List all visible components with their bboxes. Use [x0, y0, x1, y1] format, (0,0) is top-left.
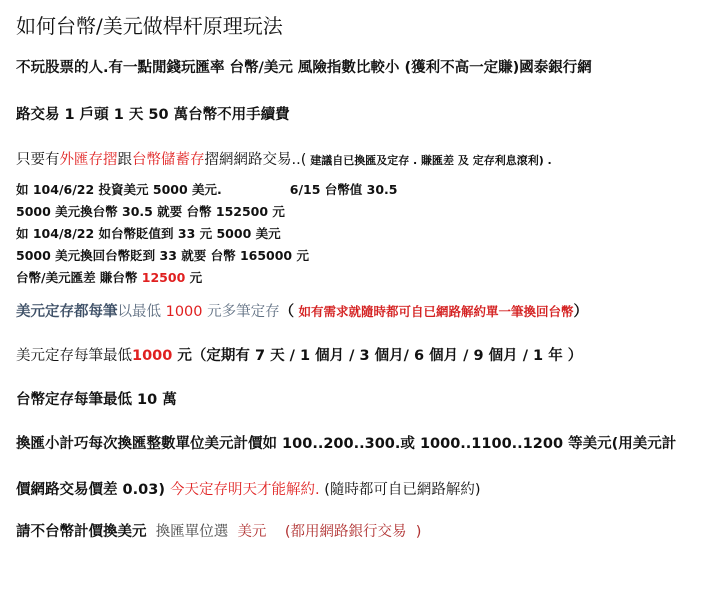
example-row-3: 如 104/8/22 如台幣貶值到 33 元 5000 美元	[16, 224, 281, 242]
usd-min-suffix: 元（定期有 7 天 / 1 個月 / 3 個月/ 6 個月 / 9 個月 / 1…	[172, 348, 582, 364]
twd-savings: 台幣儲蓄存	[132, 152, 205, 168]
twd-min-line: 台幣定存每筆最低 10 萬	[16, 388, 177, 409]
tip-prefix: 價網路交易價差 0.03)	[16, 482, 170, 498]
example-row-1-right: 6/15 台幣值 30.5	[290, 182, 398, 197]
usd-min-prefix: 美元定存每筆最低	[16, 348, 132, 364]
page-title: 如何台幣/美元做桿杆原理玩法	[16, 10, 283, 39]
profit-suffix: 元	[185, 270, 202, 285]
profit-amount: 12500	[142, 270, 186, 285]
usd-min-line: 美元定存每筆最低1000 元（定期有 7 天 / 1 個月 / 3 個月/ 6 …	[16, 344, 582, 365]
tip-suffix: (隨時都可自已網路解約)	[320, 482, 481, 498]
exchange-tip-line-1: 換匯小計巧每次換匯整數單位美元計價如 100..200..300.或 1000.…	[16, 432, 676, 453]
example-row-1-left: 如 104/6/22 投資美元 5000 美元.	[16, 182, 222, 197]
last-line: 請不台幣計價換美元 換匯單位選 美元 (都用網路銀行交易 )	[16, 520, 421, 541]
example-row-1: 如 104/6/22 投資美元 5000 美元.6/15 台幣值 30.5	[16, 180, 397, 198]
req-prefix: 只要有	[16, 152, 60, 168]
example-row-5: 台幣/美元匯差 賺台幣 12500 元	[16, 268, 202, 286]
usd-note-part3: 元多筆定存	[203, 304, 280, 320]
example-row-2: 5000 美元換台幣 30.5 就要 台幣 152500 元	[16, 202, 285, 220]
fx-passbook: 外匯存摺	[60, 152, 118, 168]
exchange-tip-line-2: 價網路交易價差 0.03) 今天定存明天才能解約. (隨時都可自已網路解約)	[16, 478, 481, 499]
account-requirement: 只要有外匯存摺跟台幣儲蓄存摺網網路交易..( 建議自已換匯及定存 . 賺匯差 及…	[16, 148, 552, 169]
req-note: 建議自已換匯及定存 . 賺匯差 及 定存利息滾利) .	[306, 154, 551, 167]
paren-close: ）	[573, 304, 588, 320]
usd-note-part2: 以最低	[118, 304, 166, 320]
last-red: 美元 (都用網路銀行交易 )	[237, 524, 421, 540]
tip-red: 今天定存明天才能解約.	[170, 482, 320, 498]
usd-note-part1: 美元定存都每筆	[16, 304, 118, 320]
intro-line-2: 路交易 1 戶頭 1 天 50 萬台幣不用手續費	[16, 103, 290, 124]
usd-note-red: 如有需求就隨時都可自已網路解約單一筆換回台幣	[294, 304, 573, 319]
usd-note-amount: 1000	[166, 304, 203, 320]
usd-deposit-note: 美元定存都每筆以最低 1000 元多筆定存（ 如有需求就隨時都可自已網路解約單一…	[16, 300, 588, 321]
req-mid: 跟	[118, 152, 133, 168]
profit-label: 台幣/美元匯差 賺台幣	[16, 270, 142, 285]
last-bold: 請不台幣計價換美元	[16, 524, 147, 540]
usd-min-amount: 1000	[132, 348, 172, 364]
intro-line-1: 不玩股票的人.有一點閒錢玩匯率 台幣/美元 風險指數比較小 (獲利不高一定賺)國…	[16, 56, 592, 77]
example-row-4: 5000 美元換回台幣貶到 33 就要 台幣 165000 元	[16, 246, 309, 264]
last-gray: 換匯單位選	[147, 524, 238, 540]
req-suffix: 摺網網路交易..(	[205, 152, 307, 168]
paren-open: （	[280, 304, 295, 320]
